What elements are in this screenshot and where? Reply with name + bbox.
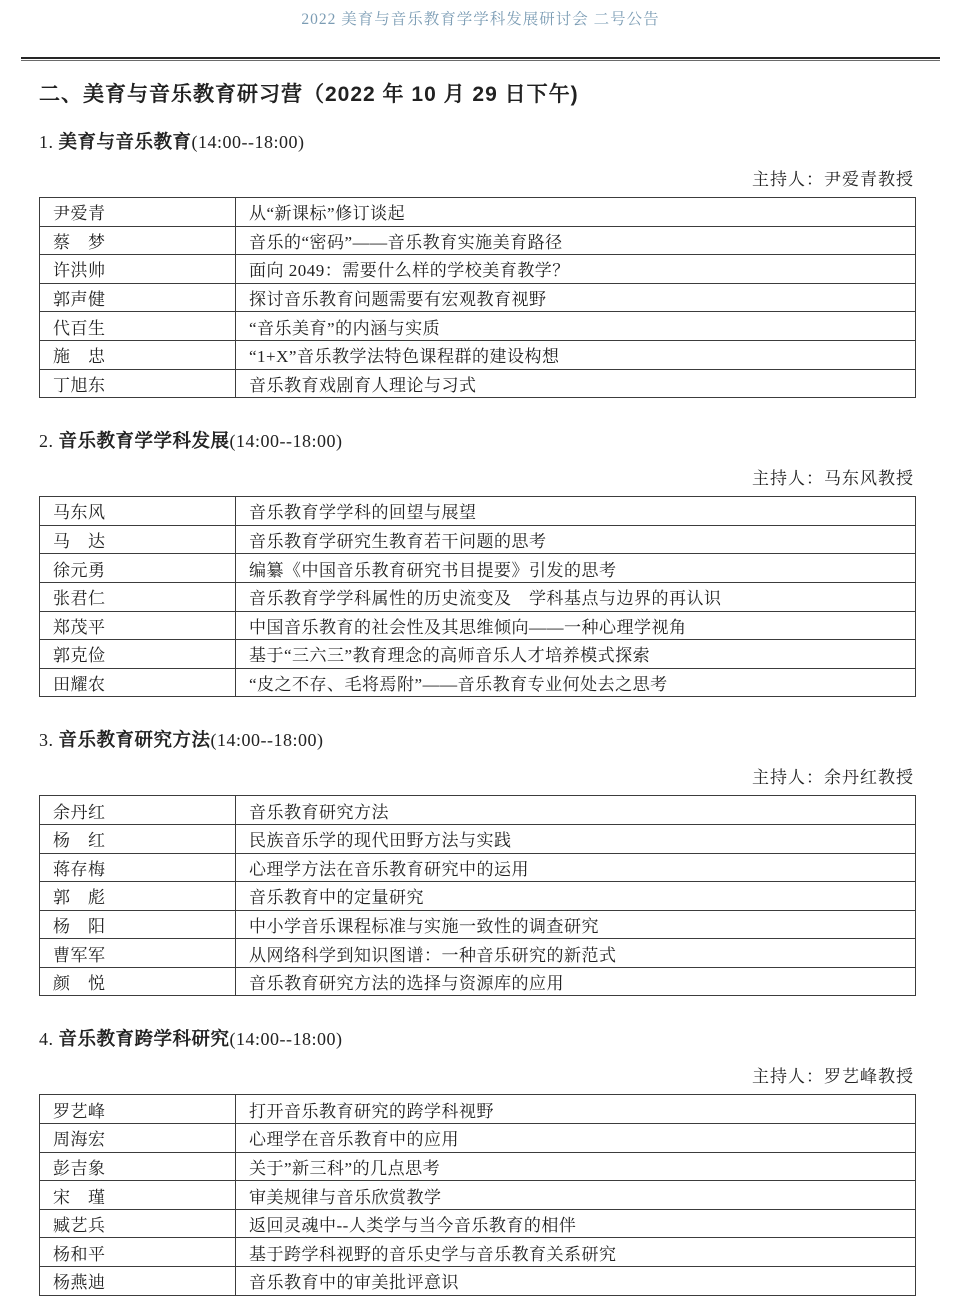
speaker-name-cell: 周海宏 bbox=[40, 1124, 236, 1153]
table-row: 许洪帅 面向 2049：需要什么样的学校美育教学？ bbox=[40, 255, 916, 284]
speaker-name-cell: 杨燕迪 bbox=[40, 1267, 236, 1296]
speaker-name-cell: 蔡 梦 bbox=[40, 226, 236, 255]
session-1-program-table: 尹爱青 从“新课标”修订谈起 蔡 梦 音乐的“密码”——音乐教育实施美育路径 许… bbox=[39, 197, 916, 398]
table-row: 杨 阳 中小学音乐课程标准与实施一致性的调查研究 bbox=[40, 910, 916, 939]
talk-title-cell: 面向 2049：需要什么样的学校美育教学？ bbox=[236, 255, 916, 284]
table-row: 施 忠 “1+X”音乐教学法特色课程群的建设构想 bbox=[40, 340, 916, 369]
speaker-name-cell: 郭克俭 bbox=[40, 640, 236, 669]
talk-title-cell: 音乐教育研究方法的选择与资源库的应用 bbox=[236, 967, 916, 996]
speaker-name-cell: 杨 阳 bbox=[40, 910, 236, 939]
speaker-name-cell: 张君仁 bbox=[40, 582, 236, 611]
document-header-title: 2022 美育与音乐教育学学科发展研讨会 二号公告 bbox=[21, 0, 940, 29]
session-4-heading: 4. 音乐教育跨学科研究(14:00--18:00) bbox=[39, 1025, 922, 1051]
session-2-heading: 2. 音乐教育学学科发展(14:00--18:00) bbox=[39, 427, 922, 453]
talk-title-cell: 音乐教育学学科的回望与展望 bbox=[236, 497, 916, 526]
table-row: 余丹红 音乐教育研究方法 bbox=[40, 796, 916, 825]
session-4-host: 主持人：罗艺峰教授 bbox=[39, 1062, 914, 1087]
session-time: (14:00--18:00) bbox=[230, 431, 343, 451]
table-row: 蒋存梅 心理学方法在音乐教育研究中的运用 bbox=[40, 853, 916, 882]
session-title: 音乐教育学学科发展 bbox=[59, 430, 230, 451]
speaker-name-cell: 臧艺兵 bbox=[40, 1209, 236, 1238]
session-1-host: 主持人：尹爱青教授 bbox=[39, 165, 914, 190]
table-row: 宋 瑾 审美规律与音乐欣赏教学 bbox=[40, 1181, 916, 1210]
talk-title-cell: 民族音乐学的现代田野方法与实践 bbox=[236, 824, 916, 853]
talk-title-cell: 音乐教育研究方法 bbox=[236, 796, 916, 825]
speaker-name-cell: 宋 瑾 bbox=[40, 1181, 236, 1210]
talk-title-cell: 音乐教育学学科属性的历史流变及 学科基点与边界的再认识 bbox=[236, 582, 916, 611]
table-row: 周海宏 心理学在音乐教育中的应用 bbox=[40, 1124, 916, 1153]
talk-title-cell: 探讨音乐教育问题需要有宏观教育视野 bbox=[236, 283, 916, 312]
speaker-name-cell: 郭声健 bbox=[40, 283, 236, 312]
session-3: 3. 音乐教育研究方法(14:00--18:00) 主持人：余丹红教授 余丹红 … bbox=[39, 726, 922, 996]
speaker-name-cell: 曹军军 bbox=[40, 939, 236, 968]
document-page: 2022 美育与音乐教育学学科发展研讨会 二号公告 二、美育与音乐教育研习营（2… bbox=[0, 0, 961, 1296]
talk-title-cell: 音乐教育中的审美批评意识 bbox=[236, 1267, 916, 1296]
speaker-name-cell: 马东风 bbox=[40, 497, 236, 526]
speaker-name-cell: 徐元勇 bbox=[40, 554, 236, 583]
talk-title-cell: 音乐教育学研究生教育若干问题的思考 bbox=[236, 525, 916, 554]
session-3-program-table: 余丹红 音乐教育研究方法 杨 红 民族音乐学的现代田野方法与实践 蒋存梅 心理学… bbox=[39, 795, 916, 996]
session-title: 音乐教育研究方法 bbox=[59, 729, 211, 750]
session-4-program-table: 罗艺峰 打开音乐教育研究的跨学科视野 周海宏 心理学在音乐教育中的应用 彭吉象 … bbox=[39, 1094, 916, 1295]
table-row: 徐元勇 编纂《中国音乐教育研究书目提要》引发的思考 bbox=[40, 554, 916, 583]
session-number: 2. bbox=[39, 431, 54, 451]
table-row: 马 达 音乐教育学研究生教育若干问题的思考 bbox=[40, 525, 916, 554]
talk-title-cell: 音乐的“密码”——音乐教育实施美育路径 bbox=[236, 226, 916, 255]
table-row: 张君仁 音乐教育学学科属性的历史流变及 学科基点与边界的再认识 bbox=[40, 582, 916, 611]
table-row: 郭声健 探讨音乐教育问题需要有宏观教育视野 bbox=[40, 283, 916, 312]
table-row: 杨燕迪 音乐教育中的审美批评意识 bbox=[40, 1267, 916, 1296]
page-title: 二、美育与音乐教育研习营（2022 年 10 月 29 日下午) bbox=[39, 78, 922, 108]
speaker-name-cell: 余丹红 bbox=[40, 796, 236, 825]
talk-title-cell: 关于”新三科”的几点思考 bbox=[236, 1152, 916, 1181]
talk-title-cell: “1+X”音乐教学法特色课程群的建设构想 bbox=[236, 340, 916, 369]
session-2-program-table: 马东风 音乐教育学学科的回望与展望 马 达 音乐教育学研究生教育若干问题的思考 … bbox=[39, 496, 916, 697]
table-row: 颜 悦 音乐教育研究方法的选择与资源库的应用 bbox=[40, 967, 916, 996]
session-3-heading: 3. 音乐教育研究方法(14:00--18:00) bbox=[39, 726, 922, 752]
table-row: 郭 彪 音乐教育中的定量研究 bbox=[40, 882, 916, 911]
speaker-name-cell: 郭 彪 bbox=[40, 882, 236, 911]
speaker-name-cell: 田耀农 bbox=[40, 668, 236, 697]
session-1-heading: 1. 美育与音乐教育(14:00--18:00) bbox=[39, 128, 922, 154]
session-number: 4. bbox=[39, 1029, 54, 1049]
talk-title-cell: 音乐教育中的定量研究 bbox=[236, 882, 916, 911]
talk-title-cell: 心理学在音乐教育中的应用 bbox=[236, 1124, 916, 1153]
speaker-name-cell: 尹爱青 bbox=[40, 198, 236, 227]
table-row: 郭克俭 基于“三六三”教育理念的高师音乐人才培养模式探索 bbox=[40, 640, 916, 669]
session-time: (14:00--18:00) bbox=[230, 1029, 343, 1049]
table-row: 罗艺峰 打开音乐教育研究的跨学科视野 bbox=[40, 1095, 916, 1124]
speaker-name-cell: 彭吉象 bbox=[40, 1152, 236, 1181]
table-row: 代百生 “音乐美育”的内涵与实质 bbox=[40, 312, 916, 341]
table-row: 彭吉象 关于”新三科”的几点思考 bbox=[40, 1152, 916, 1181]
table-row: 尹爱青 从“新课标”修订谈起 bbox=[40, 198, 916, 227]
table-row: 田耀农 “皮之不存、毛将焉附”——音乐教育专业何处去之思考 bbox=[40, 668, 916, 697]
speaker-name-cell: 代百生 bbox=[40, 312, 236, 341]
session-title: 美育与音乐教育 bbox=[59, 131, 192, 152]
talk-title-cell: 心理学方法在音乐教育研究中的运用 bbox=[236, 853, 916, 882]
session-number: 1. bbox=[39, 132, 54, 152]
session-4: 4. 音乐教育跨学科研究(14:00--18:00) 主持人：罗艺峰教授 罗艺峰… bbox=[39, 1025, 922, 1295]
talk-title-cell: “音乐美育”的内涵与实质 bbox=[236, 312, 916, 341]
session-2: 2. 音乐教育学学科发展(14:00--18:00) 主持人：马东风教授 马东风… bbox=[39, 427, 922, 697]
speaker-name-cell: 罗艺峰 bbox=[40, 1095, 236, 1124]
talk-title-cell: 音乐教育戏剧育人理论与习式 bbox=[236, 369, 916, 398]
table-row: 杨和平 基于跨学科视野的音乐史学与音乐教育关系研究 bbox=[40, 1238, 916, 1267]
speaker-name-cell: 颜 悦 bbox=[40, 967, 236, 996]
talk-title-cell: 从“新课标”修订谈起 bbox=[236, 198, 916, 227]
speaker-name-cell: 丁旭东 bbox=[40, 369, 236, 398]
talk-title-cell: 编纂《中国音乐教育研究书目提要》引发的思考 bbox=[236, 554, 916, 583]
speaker-name-cell: 杨和平 bbox=[40, 1238, 236, 1267]
speaker-name-cell: 蒋存梅 bbox=[40, 853, 236, 882]
speaker-name-cell: 许洪帅 bbox=[40, 255, 236, 284]
talk-title-cell: “皮之不存、毛将焉附”——音乐教育专业何处去之思考 bbox=[236, 668, 916, 697]
session-1: 1. 美育与音乐教育(14:00--18:00) 主持人：尹爱青教授 尹爱青 从… bbox=[39, 128, 922, 398]
talk-title-cell: 基于跨学科视野的音乐史学与音乐教育关系研究 bbox=[236, 1238, 916, 1267]
header-divider-rule bbox=[21, 57, 940, 61]
table-row: 曹军军 从网络科学到知识图谱：一种音乐研究的新范式 bbox=[40, 939, 916, 968]
table-row: 杨 红 民族音乐学的现代田野方法与实践 bbox=[40, 824, 916, 853]
session-2-host: 主持人：马东风教授 bbox=[39, 464, 914, 489]
session-title: 音乐教育跨学科研究 bbox=[59, 1028, 230, 1049]
talk-title-cell: 从网络科学到知识图谱：一种音乐研究的新范式 bbox=[236, 939, 916, 968]
talk-title-cell: 审美规律与音乐欣赏教学 bbox=[236, 1181, 916, 1210]
table-row: 郑茂平 中国音乐教育的社会性及其思维倾向——一种心理学视角 bbox=[40, 611, 916, 640]
table-row: 蔡 梦 音乐的“密码”——音乐教育实施美育路径 bbox=[40, 226, 916, 255]
speaker-name-cell: 杨 红 bbox=[40, 824, 236, 853]
speaker-name-cell: 马 达 bbox=[40, 525, 236, 554]
talk-title-cell: 打开音乐教育研究的跨学科视野 bbox=[236, 1095, 916, 1124]
talk-title-cell: 返回灵魂中--人类学与当今音乐教育的相伴 bbox=[236, 1209, 916, 1238]
talk-title-cell: 中国音乐教育的社会性及其思维倾向——一种心理学视角 bbox=[236, 611, 916, 640]
session-number: 3. bbox=[39, 730, 54, 750]
table-row: 马东风 音乐教育学学科的回望与展望 bbox=[40, 497, 916, 526]
speaker-name-cell: 郑茂平 bbox=[40, 611, 236, 640]
talk-title-cell: 中小学音乐课程标准与实施一致性的调查研究 bbox=[236, 910, 916, 939]
session-3-host: 主持人：余丹红教授 bbox=[39, 763, 914, 788]
talk-title-cell: 基于“三六三”教育理念的高师音乐人才培养模式探索 bbox=[236, 640, 916, 669]
speaker-name-cell: 施 忠 bbox=[40, 340, 236, 369]
table-row: 臧艺兵 返回灵魂中--人类学与当今音乐教育的相伴 bbox=[40, 1209, 916, 1238]
session-time: (14:00--18:00) bbox=[192, 132, 305, 152]
table-row: 丁旭东 音乐教育戏剧育人理论与习式 bbox=[40, 369, 916, 398]
session-time: (14:00--18:00) bbox=[211, 730, 324, 750]
